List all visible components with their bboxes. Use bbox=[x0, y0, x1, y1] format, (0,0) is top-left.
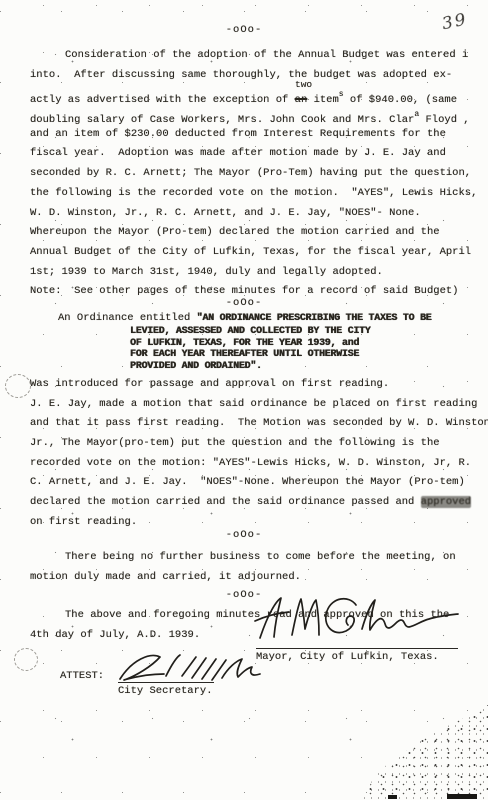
mayor-signature bbox=[252, 592, 460, 644]
typed-correction: two bbox=[295, 75, 312, 95]
scanned-minutes-page: 39 -oOo- Consideration of the adoption o… bbox=[0, 0, 488, 800]
text-line: Annual Budget of the City of Lufkin, Tex… bbox=[30, 243, 466, 263]
text-line: Jr., The Mayor(pro-tem) put the question… bbox=[30, 434, 466, 454]
attest-label: ATTEST: bbox=[60, 670, 104, 682]
text-line-with-correction: doubling salary of Case Workers, Mrs. Jo… bbox=[30, 105, 466, 125]
ordinance-title-line: "AN ORDINANCE PRESCRIBING THE TAXES TO B… bbox=[197, 312, 432, 323]
text-line: the following is the recorded vote on th… bbox=[30, 184, 466, 204]
approval-date-line: 4th day of July, A.D. 1939. bbox=[30, 626, 200, 646]
text-line: recorded vote on the motion: "AYES"-Lewi… bbox=[30, 454, 466, 474]
text-line: There being no further business to come … bbox=[30, 548, 466, 568]
text-line: Whereupon the Mayor (Pro-tem) declared t… bbox=[30, 223, 466, 243]
text-line: motion duly made and carried, it adjourn… bbox=[30, 568, 466, 588]
scan-artifact-circle bbox=[5, 374, 31, 398]
text-line: fiscal year. Adoption was made after mot… bbox=[30, 144, 466, 164]
text-line-with-correction: twoactly as advertised with the exceptio… bbox=[30, 85, 466, 105]
text-line: W. D. Winston, Jr., R. C. Arnett, and J.… bbox=[30, 204, 466, 224]
ordinance-title-line: LEVIED, ASSESSED AND COLLECTED BY THE CI… bbox=[30, 325, 466, 337]
ordinance-title-block: An Ordinance entitled "AN ORDINANCE PRES… bbox=[30, 312, 466, 371]
ordinance-lead: An Ordinance entitled bbox=[30, 312, 197, 324]
text-line: seconded by R. C. Arnett; The Mayor (Pro… bbox=[30, 164, 466, 184]
section-separator: -oOo- bbox=[27, 297, 461, 309]
text-segment: item bbox=[307, 94, 339, 106]
ordinance-paragraph: Was introduced for passage and approval … bbox=[30, 375, 466, 533]
ordinance-title-line: OF LUFKIN, TEXAS, FOR THE YEAR 1939, and bbox=[30, 337, 466, 349]
scan-noise-corner bbox=[363, 705, 488, 800]
text-line: into. After discussing same thoroughly, … bbox=[30, 66, 466, 86]
text-line: J. E. Jay, made a motion that said ordin… bbox=[30, 395, 466, 415]
ordinance-title-line: FOR EACH YEAR THEREAFTER UNTIL OTHERWISE bbox=[30, 348, 466, 360]
budget-paragraph: Consideration of the adoption of the Ann… bbox=[30, 46, 466, 302]
text-line: C. Arnett, and J. E. Jay. "NOES"-None. W… bbox=[30, 473, 466, 493]
struck-word: an bbox=[295, 94, 308, 106]
scan-artifact-circle bbox=[14, 648, 38, 671]
adjournment-paragraph: There being no further business to come … bbox=[30, 548, 466, 587]
text-line-with-smudge: declared the motion carried and the said… bbox=[30, 493, 466, 513]
text-segment: declared the motion carried and the said… bbox=[30, 496, 421, 508]
smudged-word: approved bbox=[421, 496, 471, 508]
text-segment: actly as advertised with the exception o… bbox=[30, 94, 295, 106]
scan-edge-mark bbox=[388, 795, 397, 799]
mayor-title: Mayor, City of Lufkin, Texas. bbox=[256, 648, 458, 663]
ordinance-title-line: PROVIDED AND ORDAINED". bbox=[30, 360, 466, 372]
text-line: and that it pass first reading. The Moti… bbox=[30, 414, 466, 434]
text-line: Consideration of the adoption of the Ann… bbox=[30, 46, 466, 66]
scan-edge-mark bbox=[447, 794, 477, 799]
section-separator: -oOo- bbox=[27, 24, 461, 36]
text-line: 1st; 1939 to March 31st, 1940, duly and … bbox=[30, 263, 466, 283]
text-line: and an item of $230.00 deducted from Int… bbox=[30, 125, 466, 145]
city-secretary-signature bbox=[114, 648, 266, 688]
section-separator: -oOo- bbox=[27, 529, 461, 541]
text-line: Was introduced for passage and approval … bbox=[30, 375, 466, 395]
text-segment: of $940.00, (same bbox=[344, 94, 457, 106]
